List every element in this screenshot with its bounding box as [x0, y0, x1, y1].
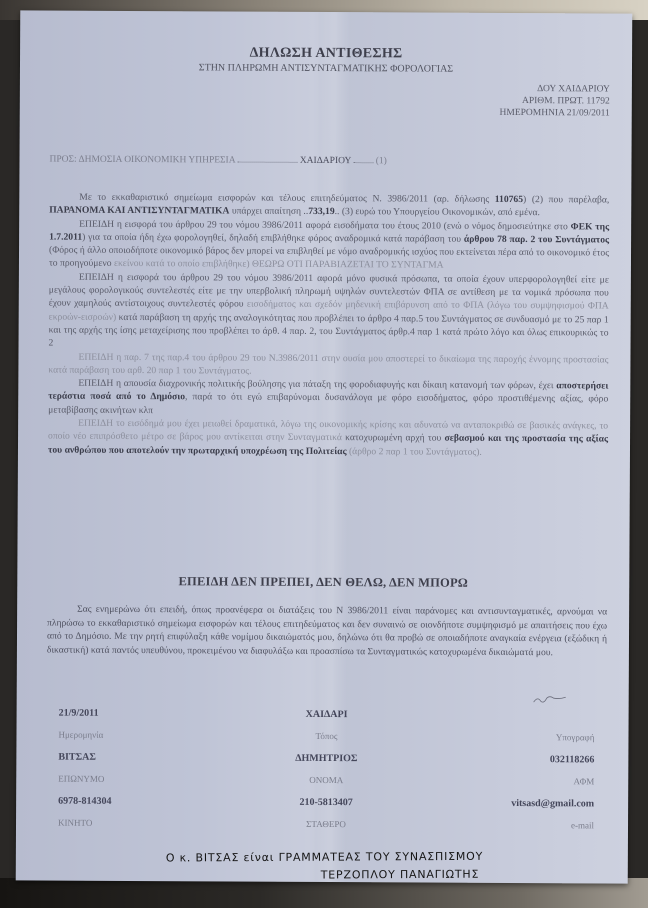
- text: κατά παράβαση τη αρχής της αναλογικότητα…: [49, 312, 609, 349]
- first-name-value: ΔΗΜΗΤΡΙΟΣ: [46, 752, 606, 766]
- tax-id-label: ΑΦΜ: [574, 776, 595, 786]
- paragraph-2: ΕΠΕΙΔΗ η εισφορά του άρθρου 29 του νόμου…: [49, 217, 609, 273]
- row-labels-2: ΕΠΩΝΥΜΟ ΟΝΟΜΑ ΑΦΜ: [46, 774, 606, 799]
- text: υπάρχει απαίτηση ..: [229, 206, 308, 217]
- paragraph-5: ΕΠΕΙΔΗ η απουσία διαχρονικής πολιτικής β…: [48, 377, 608, 420]
- text: Με το εκκαθαριστικό σημείωμα εισφορών κα…: [79, 192, 495, 205]
- row-values-1: 21/9/2011 ΧΑΙΔΑΡΙ: [47, 708, 607, 733]
- paragraph-6: ΕΠΕΙΔΗ το εισόδημά μου έχει μειωθεί δραμ…: [48, 417, 608, 460]
- text: ) (2) που παρέλαβα,: [523, 194, 609, 205]
- landline-label: ΣΤΑΘΕΡΟ: [46, 818, 606, 831]
- paragraph-4: ΕΠΕΙΔΗ η παρ. 7 της παρ.4 του άρθρου 29 …: [48, 350, 608, 380]
- email-value: vitsasd@gmail.com: [511, 798, 594, 809]
- row-labels-3: ΚΙΝΗΤΟ ΣΤΑΘΕΡΟ e-mail: [46, 818, 606, 843]
- handwritten-line-2: ΤΕΡΖΟΠΛΟΥ ΠΑΝΑΓΙΩΤΗΣ: [321, 867, 606, 881]
- paragraph-1: Με το εκκαθαριστικό σημείωμα εισφορών κα…: [49, 191, 609, 221]
- document-page: ΔΗΛΩΣΗ ΑΝΤΙΘΕΣΗΣ ΣΤΗΝ ΠΛΗΡΩΜΗ ΑΝΤΙΣΥΝΤΑΓ…: [16, 10, 633, 883]
- tax-id-value: 032118266: [550, 754, 595, 765]
- handwritten-note: Ο κ. ΒΙΤΣΑΣ είναι ΓΡΑΜΜΑΤΕΑΣ ΤΟΥ ΣΥΝΑΣΠΙ…: [166, 849, 606, 881]
- signature-block: 21/9/2011 ΧΑΙΔΑΡΙ Ημερομηνία Τόπος Υπογρ…: [46, 708, 607, 843]
- closing-paragraph: Σας ενημερώνω ότι επειδή, όπως προανέφερ…: [47, 603, 607, 660]
- text: ) για τα οποία ήδη έχω φορολογηθεί, δηλα…: [82, 232, 464, 245]
- emphasis: άρθρου 78 παρ. 2 του Συντάγματος: [464, 234, 609, 246]
- signature-label: Υπογραφή: [556, 732, 595, 742]
- declaration-number: 110765: [495, 194, 523, 205]
- protocol-number: ΑΡΙΘΜ. ΠΡΩΤ. 11792: [500, 95, 610, 108]
- recipient-line: ΠΡΟΣ: ΔΗΜΟΣΙΑ ΟΙΚΟΝΟΜΙΚΗ ΥΠΗΡΕΣΙΑ ΧΑΙΔΑΡ…: [49, 155, 386, 167]
- recipient-blank: [237, 162, 297, 163]
- body-text: Με το εκκαθαριστικό σημείωμα εισφορών κα…: [48, 191, 609, 460]
- handwritten-line-1: Ο κ. ΒΙΤΣΑΣ είναι ΓΡΑΜΜΑΤΕΑΣ ΤΟΥ ΣΥΝΑΣΠΙ…: [166, 849, 606, 864]
- recipient-blank-2: [353, 162, 373, 163]
- row-labels-1: Ημερομηνία Τόπος Υπογραφή: [46, 730, 606, 755]
- faded-text: εκείνου κατά το οποίο επιβλήθηκε) ΘΕΩΡΩ …: [114, 258, 444, 271]
- reference-date: ΗΜΕΡΟΜΗΝΙΑ 21/09/2011: [499, 107, 609, 120]
- recipient-city: ΧΑΙΔΑΡΙΟΥ: [300, 156, 351, 166]
- recipient-number: (1): [376, 156, 387, 166]
- title-block: ΔΗΛΩΣΗ ΑΝΤΙΘΕΣΗΣ ΣΤΗΝ ΠΛΗΡΩΜΗ ΑΝΤΙΣΥΝΤΑΓ…: [20, 44, 632, 75]
- tax-office: ΔΟΥ ΧΑΙΔΑΡΙΟΥ: [500, 83, 610, 96]
- first-name-label: ΟΝΟΜΑ: [46, 774, 606, 787]
- text: κατοχυρωμένη αρχή του: [345, 432, 444, 444]
- email-label: e-mail: [571, 820, 594, 830]
- paragraph-3: ΕΠΕΙΔΗ η εισφορά του άρθρου 29 του νόμου…: [49, 270, 609, 353]
- signature-scribble: [532, 693, 572, 705]
- illegal-emphasis: ΠΑΡΑΝΟΜΑ ΚΑΙ ΑΝΤΙΣΥΝΤΑΓΜΑΤΙΚΑ: [49, 205, 229, 217]
- row-values-3: 6978-814304 210-5813407 vitsasd@gmail.co…: [46, 796, 606, 821]
- place-label: Τόπος: [46, 730, 606, 743]
- amount: 733,19: [308, 206, 334, 217]
- document-subtitle: ΣΤΗΝ ΠΛΗΡΩΜΗ ΑΝΤΙΣΥΝΤΑΓΜΑΤΙΚΗΣ ΦΟΡΟΛΟΓΙΑ…: [20, 61, 632, 75]
- document-title: ΔΗΛΩΣΗ ΑΝΤΙΘΕΣΗΣ: [20, 44, 632, 63]
- place-value: ΧΑΙΔΑΡΙ: [47, 708, 607, 722]
- closing-text: Σας ενημερώνω ότι επειδή, όπως προανέφερ…: [47, 603, 607, 660]
- row-values-2: ΒΙΤΣΑΣ ΔΗΜΗΤΡΙΟΣ 032118266: [46, 752, 606, 777]
- text: ΕΠΕΙΔΗ η εισφορά του άρθρου 29 του νόμου…: [79, 218, 571, 232]
- text: ΕΠΕΙΔΗ η απουσία διαχρονικής πολιτικής β…: [78, 378, 556, 392]
- text: .. (3) ευρώ του Υπουργείου Οικονομικών, …: [335, 206, 540, 218]
- section-heading: ΕΠΕΙΔΗ ΔΕΝ ΠΡΕΠΕΙ, ΔΕΝ ΘΕΛΩ, ΔΕΝ ΜΠΟΡΩ: [17, 573, 629, 591]
- recipient-prefix: ΠΡΟΣ: ΔΗΜΟΣΙΑ ΟΙΚΟΝΟΜΙΚΗ ΥΠΗΡΕΣΙΑ: [49, 155, 235, 166]
- faded-text: (άρθρο 2 παρ 1 του Συντάγματος).: [347, 446, 482, 458]
- reference-block: ΔΟΥ ΧΑΙΔΑΡΙΟΥ ΑΡΙΘΜ. ΠΡΩΤ. 11792 ΗΜΕΡΟΜΗ…: [499, 83, 609, 120]
